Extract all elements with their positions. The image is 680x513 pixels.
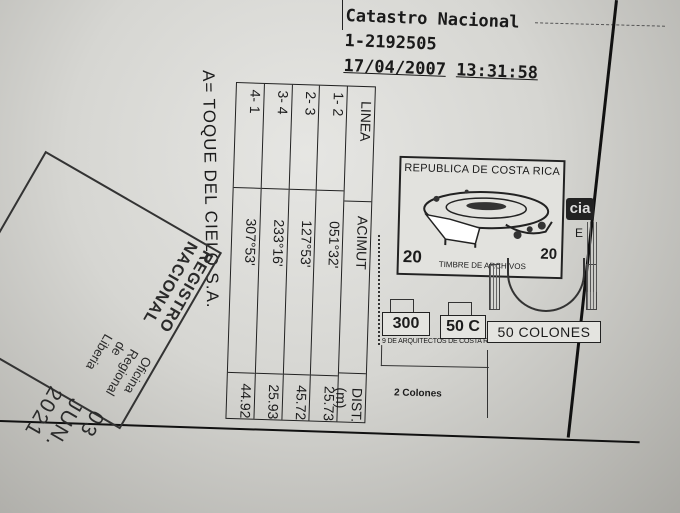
dist-cell: 25.93 [254,374,282,420]
perforation-line [378,235,380,345]
linea-cell: 3- 4 [261,84,291,189]
two-colones-label: 2 Colones [394,387,442,399]
stamp-title: REPUBLICA DE COSTA RICA [401,162,563,178]
frame-line [342,0,343,30]
stamp-50-partial: 50 C [440,303,484,339]
stamp-value-left: 20 [403,247,422,267]
frame-dashed-line [535,22,665,26]
linea-cell: 4- 1 [234,83,264,188]
divider-line [487,350,488,418]
survey-table: LINEA ACIMUT DIST.(m) 1- 2 051°32' 25.73… [225,82,373,421]
stadium-illustration-icon [405,178,557,250]
linea-cell: 2- 3 [289,85,319,190]
stamp-50-colones: 50 COLONES [487,258,599,343]
stamp-value: 300 [382,312,430,336]
dist-cell: 44.92 [226,373,254,419]
cia-letter: E [575,226,583,240]
cadastre-header: Catastro Nacional 1-2192505 17/04/2007 1… [343,4,540,86]
cia-logo: cia [566,198,594,220]
dist-cell: 45.72 [282,375,310,421]
linea-cell: 1- 2 [317,86,347,191]
stamp-value: 50 COLONES [487,321,601,343]
seal-emblem-icon [507,258,585,312]
stamp-300: 300 [382,300,428,336]
stamp-bracket [381,345,489,368]
header-linea: LINEA [345,87,375,202]
registry-seal: REGISTRO NACIONAL Oficina Regional de Li… [0,125,234,416]
column-icon [489,264,500,310]
date: 17/04/2007 [343,56,446,80]
stamp-value: 50 C [440,315,486,339]
column-icon [587,222,599,292]
header-acimut: ACIMUT [339,201,371,374]
header-dist: DIST.(m) [338,373,366,422]
time: 13:31:58 [456,60,539,83]
